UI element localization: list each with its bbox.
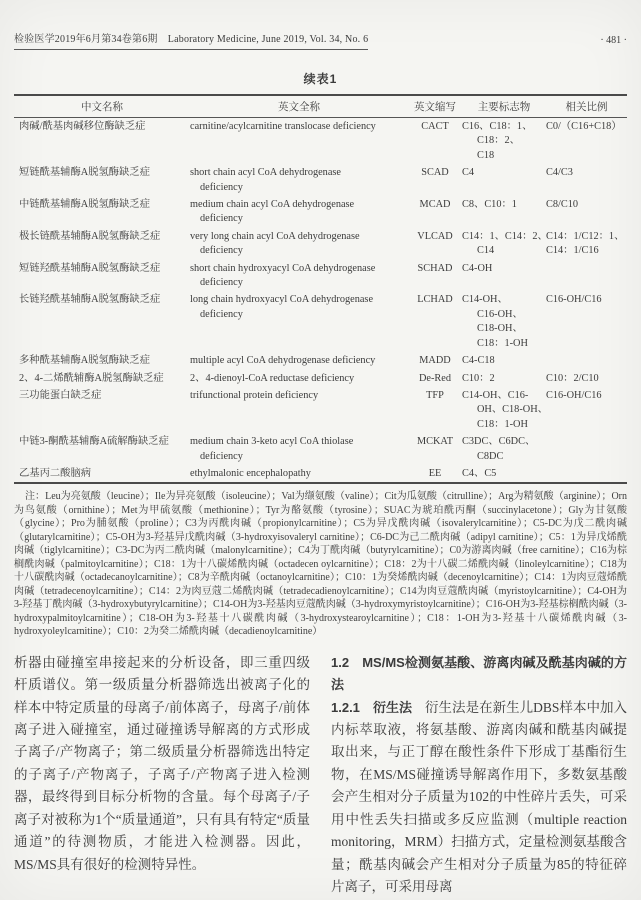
cell-line: 短链羟酰基辅酶A脱氢酶缺乏症 bbox=[19, 262, 190, 276]
cell-english-name: long chain hydroxyacyl CoA dehydrogenase… bbox=[190, 291, 408, 352]
column-header-markers: 主要标志物 bbox=[462, 95, 546, 118]
cell-markers: C4-C18 bbox=[462, 352, 546, 369]
cell-ratio bbox=[546, 352, 627, 369]
cell-line: C0/（C16+C18） bbox=[546, 120, 627, 134]
cell-english-name: medium chain 3-keto acyl CoA thiolasedef… bbox=[190, 433, 408, 465]
cell-line: C16、C18：1、 bbox=[462, 120, 546, 134]
cell-line: C8、C10：1 bbox=[462, 198, 546, 212]
cell-line: 乙基丙二酸脑病 bbox=[19, 467, 190, 481]
cell-line: carnitine/acylcarnitine translocase defi… bbox=[190, 120, 408, 134]
cell-line: C4 bbox=[462, 166, 546, 180]
cell-line: C18 bbox=[462, 149, 546, 163]
cell-chinese-name: 2、4-二烯酰辅酶A脱氢酶缺乏症 bbox=[14, 370, 190, 387]
cell-chinese-name: 肉碱/酰基肉碱移位酶缺乏症 bbox=[14, 118, 190, 165]
cell-abbreviation: MADD bbox=[408, 352, 462, 369]
cell-line: C14-OH、 bbox=[462, 293, 546, 307]
cell-markers: C14-OH、C16-OH、C18-OH、C18：1-OH bbox=[462, 387, 546, 433]
cell-abbreviation: De-Red bbox=[408, 370, 462, 387]
right-column-paragraph: 1.2.1 衍生法 衍生法是在新生儿DBS样本中加入内标萃取液，将氨基酸、游离肉… bbox=[331, 697, 627, 899]
cell-english-name: very long chain acyl CoA dehydrogenasede… bbox=[190, 228, 408, 260]
table-row: 2、4-二烯酰辅酶A脱氢酶缺乏症2、4-dienoyl-CoA reductas… bbox=[14, 370, 627, 387]
cell-line: ethylmalonic encephalopathy bbox=[190, 467, 408, 481]
cell-ratio: C10：2/C10 bbox=[546, 370, 627, 387]
cell-chinese-name: 短链酰基辅酶A脱氢酶缺乏症 bbox=[14, 164, 190, 196]
cell-ratio: C16-OH/C16 bbox=[546, 387, 627, 433]
cell-line: C14-OH、C16- bbox=[462, 389, 546, 403]
cell-markers: C10：2 bbox=[462, 370, 546, 387]
cell-line: C4、C5 bbox=[462, 467, 546, 481]
cell-line: deficiency bbox=[190, 181, 408, 195]
left-column-paragraph: 析器由碰撞室串接起来的分析设备，即三重四级杆质谱仪。第一级质量分析器筛选出被离子… bbox=[14, 652, 310, 876]
cell-line: long chain hydroxyacyl CoA dehydrogenase bbox=[190, 293, 408, 307]
table-row: 肉碱/酰基肉碱移位酶缺乏症carnitine/acylcarnitine tra… bbox=[14, 118, 627, 165]
cell-markers: C14：1、C14：2、C14 bbox=[462, 228, 546, 260]
cell-abbreviation: CACT bbox=[408, 118, 462, 165]
cell-abbreviation: SCHAD bbox=[408, 260, 462, 292]
cell-line: MCAD bbox=[408, 198, 462, 212]
cell-line: C10：2/C10 bbox=[546, 372, 627, 386]
cell-line: C10：2 bbox=[462, 372, 546, 386]
cell-line: 短链酰基辅酶A脱氢酶缺乏症 bbox=[19, 166, 190, 180]
cell-line: 中链3-酮酰基辅酶A硫解酶缺乏症 bbox=[19, 435, 190, 449]
table-header: 中文名称 英文全称 英文缩写 主要标志物 相关比例 bbox=[14, 95, 627, 118]
cell-markers: C4-OH bbox=[462, 260, 546, 292]
cell-line: C18：1-OH bbox=[462, 418, 546, 432]
cell-line: C4-C18 bbox=[462, 354, 546, 368]
table-row: 短链酰基辅酶A脱氢酶缺乏症short chain acyl CoA dehydr… bbox=[14, 164, 627, 196]
marker-table-body: 肉碱/酰基肉碱移位酶缺乏症carnitine/acylcarnitine tra… bbox=[14, 118, 627, 484]
table-row: 中链3-酮酰基辅酶A硫解酶缺乏症medium chain 3-keto acyl… bbox=[14, 433, 627, 465]
cell-line: C18：2、 bbox=[462, 134, 546, 148]
cell-ratio bbox=[546, 433, 627, 465]
cell-ratio: C8/C10 bbox=[546, 196, 627, 228]
marker-table: 中文名称 英文全称 英文缩写 主要标志物 相关比例 肉碱/酰基肉碱移位酶缺乏症c… bbox=[14, 94, 627, 484]
cell-line: C14：1/C16 bbox=[546, 244, 627, 258]
cell-line: multiple acyl CoA dehydrogenase deficien… bbox=[190, 354, 408, 368]
cell-english-name: short chain acyl CoA dehydrogenasedefici… bbox=[190, 164, 408, 196]
table-header-row: 中文名称 英文全称 英文缩写 主要标志物 相关比例 bbox=[14, 95, 627, 118]
table-footnote: 注：Leu为亮氨酸（leucine）；Ile为异亮氨酸（isoleucine）；… bbox=[14, 490, 627, 639]
cell-line: C16-OH/C16 bbox=[546, 293, 627, 307]
table-row: 三功能蛋白缺乏症trifunctional protein deficiency… bbox=[14, 387, 627, 433]
cell-line: 中链酰基辅酶A脱氢酶缺乏症 bbox=[19, 198, 190, 212]
cell-line: C18：1-OH bbox=[462, 337, 546, 351]
cell-abbreviation: MCKAT bbox=[408, 433, 462, 465]
table-row: 中链酰基辅酶A脱氢酶缺乏症medium chain acyl CoA dehyd… bbox=[14, 196, 627, 228]
cell-line: C18-OH、 bbox=[462, 322, 546, 336]
column-header-ratio: 相关比例 bbox=[546, 95, 627, 118]
cell-chinese-name: 中链酰基辅酶A脱氢酶缺乏症 bbox=[14, 196, 190, 228]
cell-abbreviation: MCAD bbox=[408, 196, 462, 228]
cell-line: C4-OH bbox=[462, 262, 546, 276]
table-row: 多种酰基辅酶A脱氢酶缺乏症multiple acyl CoA dehydroge… bbox=[14, 352, 627, 369]
cell-ratio: C0/（C16+C18） bbox=[546, 118, 627, 165]
cell-line: MCKAT bbox=[408, 435, 462, 449]
cell-line: C8/C10 bbox=[546, 198, 627, 212]
cell-english-name: short chain hydroxyacyl CoA dehydrogenas… bbox=[190, 260, 408, 292]
subsection-label: 1.2.1 衍生法 bbox=[331, 700, 425, 715]
cell-line: deficiency bbox=[190, 244, 408, 258]
cell-abbreviation: SCAD bbox=[408, 164, 462, 196]
cell-line: 2、4-二烯酰辅酶A脱氢酶缺乏症 bbox=[19, 372, 190, 386]
cell-ratio bbox=[546, 465, 627, 483]
cell-line: short chain acyl CoA dehydrogenase bbox=[190, 166, 408, 180]
cell-english-name: multiple acyl CoA dehydrogenase deficien… bbox=[190, 352, 408, 369]
page-number: · 481 · bbox=[600, 35, 627, 50]
cell-line: deficiency bbox=[190, 212, 408, 226]
cell-line: LCHAD bbox=[408, 293, 462, 307]
cell-markers: C3DC、C6DC、C8DC bbox=[462, 433, 546, 465]
journal-page: 检验医学2019年6月第34卷第6期 Laboratory Medicine, … bbox=[0, 0, 641, 898]
cell-line: trifunctional protein deficiency bbox=[190, 389, 408, 403]
cell-line: C8DC bbox=[462, 450, 546, 464]
cell-markers: C14-OH、C16-OH、C18-OH、C18：1-OH bbox=[462, 291, 546, 352]
section-heading: 1.2 MS/MS检测氨基酸、游离肉碱及酰基肉碱的方法 bbox=[331, 652, 627, 697]
cell-english-name: ethylmalonic encephalopathy bbox=[190, 465, 408, 483]
table-row: 乙基丙二酸脑病ethylmalonic encephalopathyEEC4、C… bbox=[14, 465, 627, 483]
subsection-text: 衍生法是在新生儿DBS样本中加入内标萃取液，将氨基酸、游离肉碱和酰基肉碱提取出来… bbox=[331, 700, 627, 894]
cell-chinese-name: 乙基丙二酸脑病 bbox=[14, 465, 190, 483]
body-text: 析器由碰撞室串接起来的分析设备，即三重四级杆质谱仪。第一级质量分析器筛选出被离子… bbox=[14, 652, 627, 898]
cell-markers: C4、C5 bbox=[462, 465, 546, 483]
cell-line: CACT bbox=[408, 120, 462, 134]
cell-line: 多种酰基辅酶A脱氢酶缺乏症 bbox=[19, 354, 190, 368]
cell-line: SCHAD bbox=[408, 262, 462, 276]
cell-line: VLCAD bbox=[408, 230, 462, 244]
cell-line: C14 bbox=[462, 244, 546, 258]
cell-line: SCAD bbox=[408, 166, 462, 180]
column-header-english-name: 英文全称 bbox=[190, 95, 408, 118]
left-column: 析器由碰撞室串接起来的分析设备，即三重四级杆质谱仪。第一级质量分析器筛选出被离子… bbox=[14, 652, 310, 898]
column-header-abbreviation: 英文缩写 bbox=[408, 95, 462, 118]
cell-line: OH、C18-OH、 bbox=[462, 403, 546, 417]
right-column: 1.2 MS/MS检测氨基酸、游离肉碱及酰基肉碱的方法 1.2.1 衍生法 衍生… bbox=[331, 652, 627, 898]
cell-line: short chain hydroxyacyl CoA dehydrogenas… bbox=[190, 262, 408, 276]
table-row: 长链羟酰基辅酶A脱氢酶缺乏症long chain hydroxyacyl CoA… bbox=[14, 291, 627, 352]
table-title: 续表1 bbox=[14, 70, 627, 87]
cell-line: 极长链酰基辅酶A脱氢酶缺乏症 bbox=[19, 230, 190, 244]
column-header-chinese-name: 中文名称 bbox=[14, 95, 190, 118]
cell-line: medium chain 3-keto acyl CoA thiolase bbox=[190, 435, 408, 449]
cell-line: De-Red bbox=[408, 372, 462, 386]
cell-abbreviation: VLCAD bbox=[408, 228, 462, 260]
cell-line: very long chain acyl CoA dehydrogenase bbox=[190, 230, 408, 244]
cell-line: C14：1/C12：1、 bbox=[546, 230, 627, 244]
cell-chinese-name: 三功能蛋白缺乏症 bbox=[14, 387, 190, 433]
cell-line: 2、4-dienoyl-CoA reductase deficiency bbox=[190, 372, 408, 386]
cell-ratio: C16-OH/C16 bbox=[546, 291, 627, 352]
cell-abbreviation: LCHAD bbox=[408, 291, 462, 352]
cell-line: TFP bbox=[408, 389, 462, 403]
cell-ratio: C14：1/C12：1、C14：1/C16 bbox=[546, 228, 627, 260]
cell-markers: C8、C10：1 bbox=[462, 196, 546, 228]
cell-line: 长链羟酰基辅酶A脱氢酶缺乏症 bbox=[19, 293, 190, 307]
cell-ratio bbox=[546, 260, 627, 292]
cell-line: C4/C3 bbox=[546, 166, 627, 180]
cell-english-name: 2、4-dienoyl-CoA reductase deficiency bbox=[190, 370, 408, 387]
cell-line: 肉碱/酰基肉碱移位酶缺乏症 bbox=[19, 120, 190, 134]
cell-english-name: medium chain acyl CoA dehydrogenasedefic… bbox=[190, 196, 408, 228]
cell-line: MADD bbox=[408, 354, 462, 368]
cell-line: C14：1、C14：2、 bbox=[462, 230, 546, 244]
cell-line: deficiency bbox=[190, 450, 408, 464]
cell-line: deficiency bbox=[190, 308, 408, 322]
cell-line: medium chain acyl CoA dehydrogenase bbox=[190, 198, 408, 212]
cell-line: 三功能蛋白缺乏症 bbox=[19, 389, 190, 403]
table-row: 极长链酰基辅酶A脱氢酶缺乏症very long chain acyl CoA d… bbox=[14, 228, 627, 260]
journal-info: 检验医学2019年6月第34卷第6期 Laboratory Medicine, … bbox=[14, 30, 368, 50]
cell-line: C16-OH、 bbox=[462, 308, 546, 322]
cell-chinese-name: 长链羟酰基辅酶A脱氢酶缺乏症 bbox=[14, 291, 190, 352]
cell-chinese-name: 极长链酰基辅酶A脱氢酶缺乏症 bbox=[14, 228, 190, 260]
cell-line: EE bbox=[408, 467, 462, 481]
cell-english-name: carnitine/acylcarnitine translocase defi… bbox=[190, 118, 408, 165]
cell-line: C3DC、C6DC、 bbox=[462, 435, 546, 449]
cell-english-name: trifunctional protein deficiency bbox=[190, 387, 408, 433]
cell-ratio: C4/C3 bbox=[546, 164, 627, 196]
cell-chinese-name: 多种酰基辅酶A脱氢酶缺乏症 bbox=[14, 352, 190, 369]
running-head: 检验医学2019年6月第34卷第6期 Laboratory Medicine, … bbox=[14, 30, 627, 50]
cell-abbreviation: EE bbox=[408, 465, 462, 483]
cell-abbreviation: TFP bbox=[408, 387, 462, 433]
cell-line: deficiency bbox=[190, 276, 408, 290]
cell-markers: C16、C18：1、C18：2、C18 bbox=[462, 118, 546, 165]
cell-chinese-name: 短链羟酰基辅酶A脱氢酶缺乏症 bbox=[14, 260, 190, 292]
cell-chinese-name: 中链3-酮酰基辅酶A硫解酶缺乏症 bbox=[14, 433, 190, 465]
cell-line: C16-OH/C16 bbox=[546, 389, 627, 403]
cell-markers: C4 bbox=[462, 164, 546, 196]
table-row: 短链羟酰基辅酶A脱氢酶缺乏症short chain hydroxyacyl Co… bbox=[14, 260, 627, 292]
